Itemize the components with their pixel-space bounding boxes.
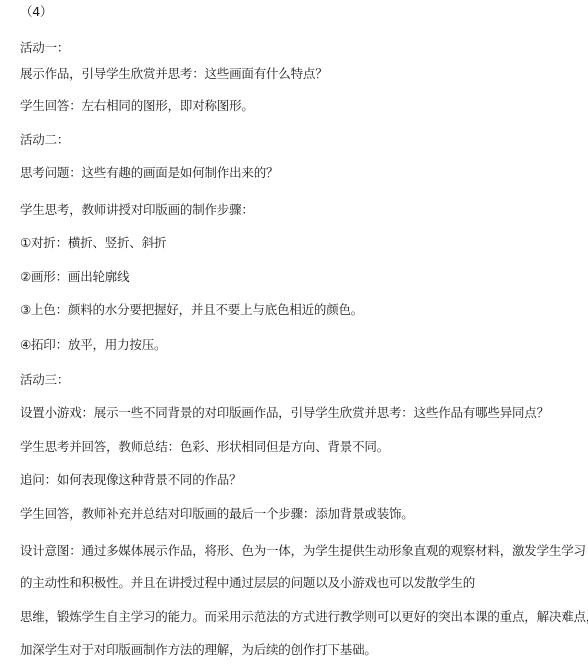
activity-one-answer: 学生回答：左右相同的图形，即对称图形。 (20, 98, 254, 114)
step-2: ②画形：画出轮廓线 (20, 269, 129, 285)
design-intent-line-1: 设计意图：通过多媒体展示作品，将形、色为一体，为学生提供生动形象直观的观察材料，… (20, 543, 586, 559)
activity-two-question: 思考问题：这些有趣的画面是如何制作出来的？ (20, 165, 278, 181)
step-4: ④拓印：放平，用力按压。 (20, 337, 166, 353)
step-1: ①对折：横折、竖折、斜折 (20, 235, 166, 251)
activity-three-summary: 学生思考并回答，教师总结：色彩、形状相同但是方向、背景不同。 (20, 439, 389, 455)
activity-three-answer: 学生回答，教师补充并总结对印版画的最后一个步骤：添加背景或装饰。 (20, 506, 414, 522)
step-3: ③上色：颜料的水分要把握好，并且不要上与底色相近的颜色。 (20, 302, 363, 318)
activity-three-followup: 追问：如何表现像这种背景不同的作品？ (20, 472, 241, 488)
activity-one-prompt: 展示作品，引导学生欣赏并思考：这些画面有什么特点？ (20, 66, 328, 82)
activity-three-game: 设置小游戏：展示一些不同背景的对印版画作品，引导学生欣赏并思考：这些作品有哪些异… (20, 405, 549, 421)
design-intent-line-3: 思维，锻炼学生自主学习的能力。而采用示范法的方式进行教学则可以更好的突出本课的重… (20, 609, 588, 625)
design-intent-line-2: 的主动性和积极性。并且在讲授过程中通过层层的问题以及小游戏也可以发散学生的 (20, 575, 475, 591)
design-intent-line-4: 加深学生对于对印版画制作方法的理解，为后续的创作打下基础。 (20, 642, 377, 658)
activity-two-intro: 学生思考，教师讲授对印版画的制作步骤： (20, 202, 254, 218)
activity-one-heading: 活动一： (20, 40, 69, 56)
activity-two-heading: 活动二： (20, 132, 69, 148)
activity-three-heading: 活动三： (20, 372, 69, 388)
section-number: （4） (20, 4, 52, 20)
